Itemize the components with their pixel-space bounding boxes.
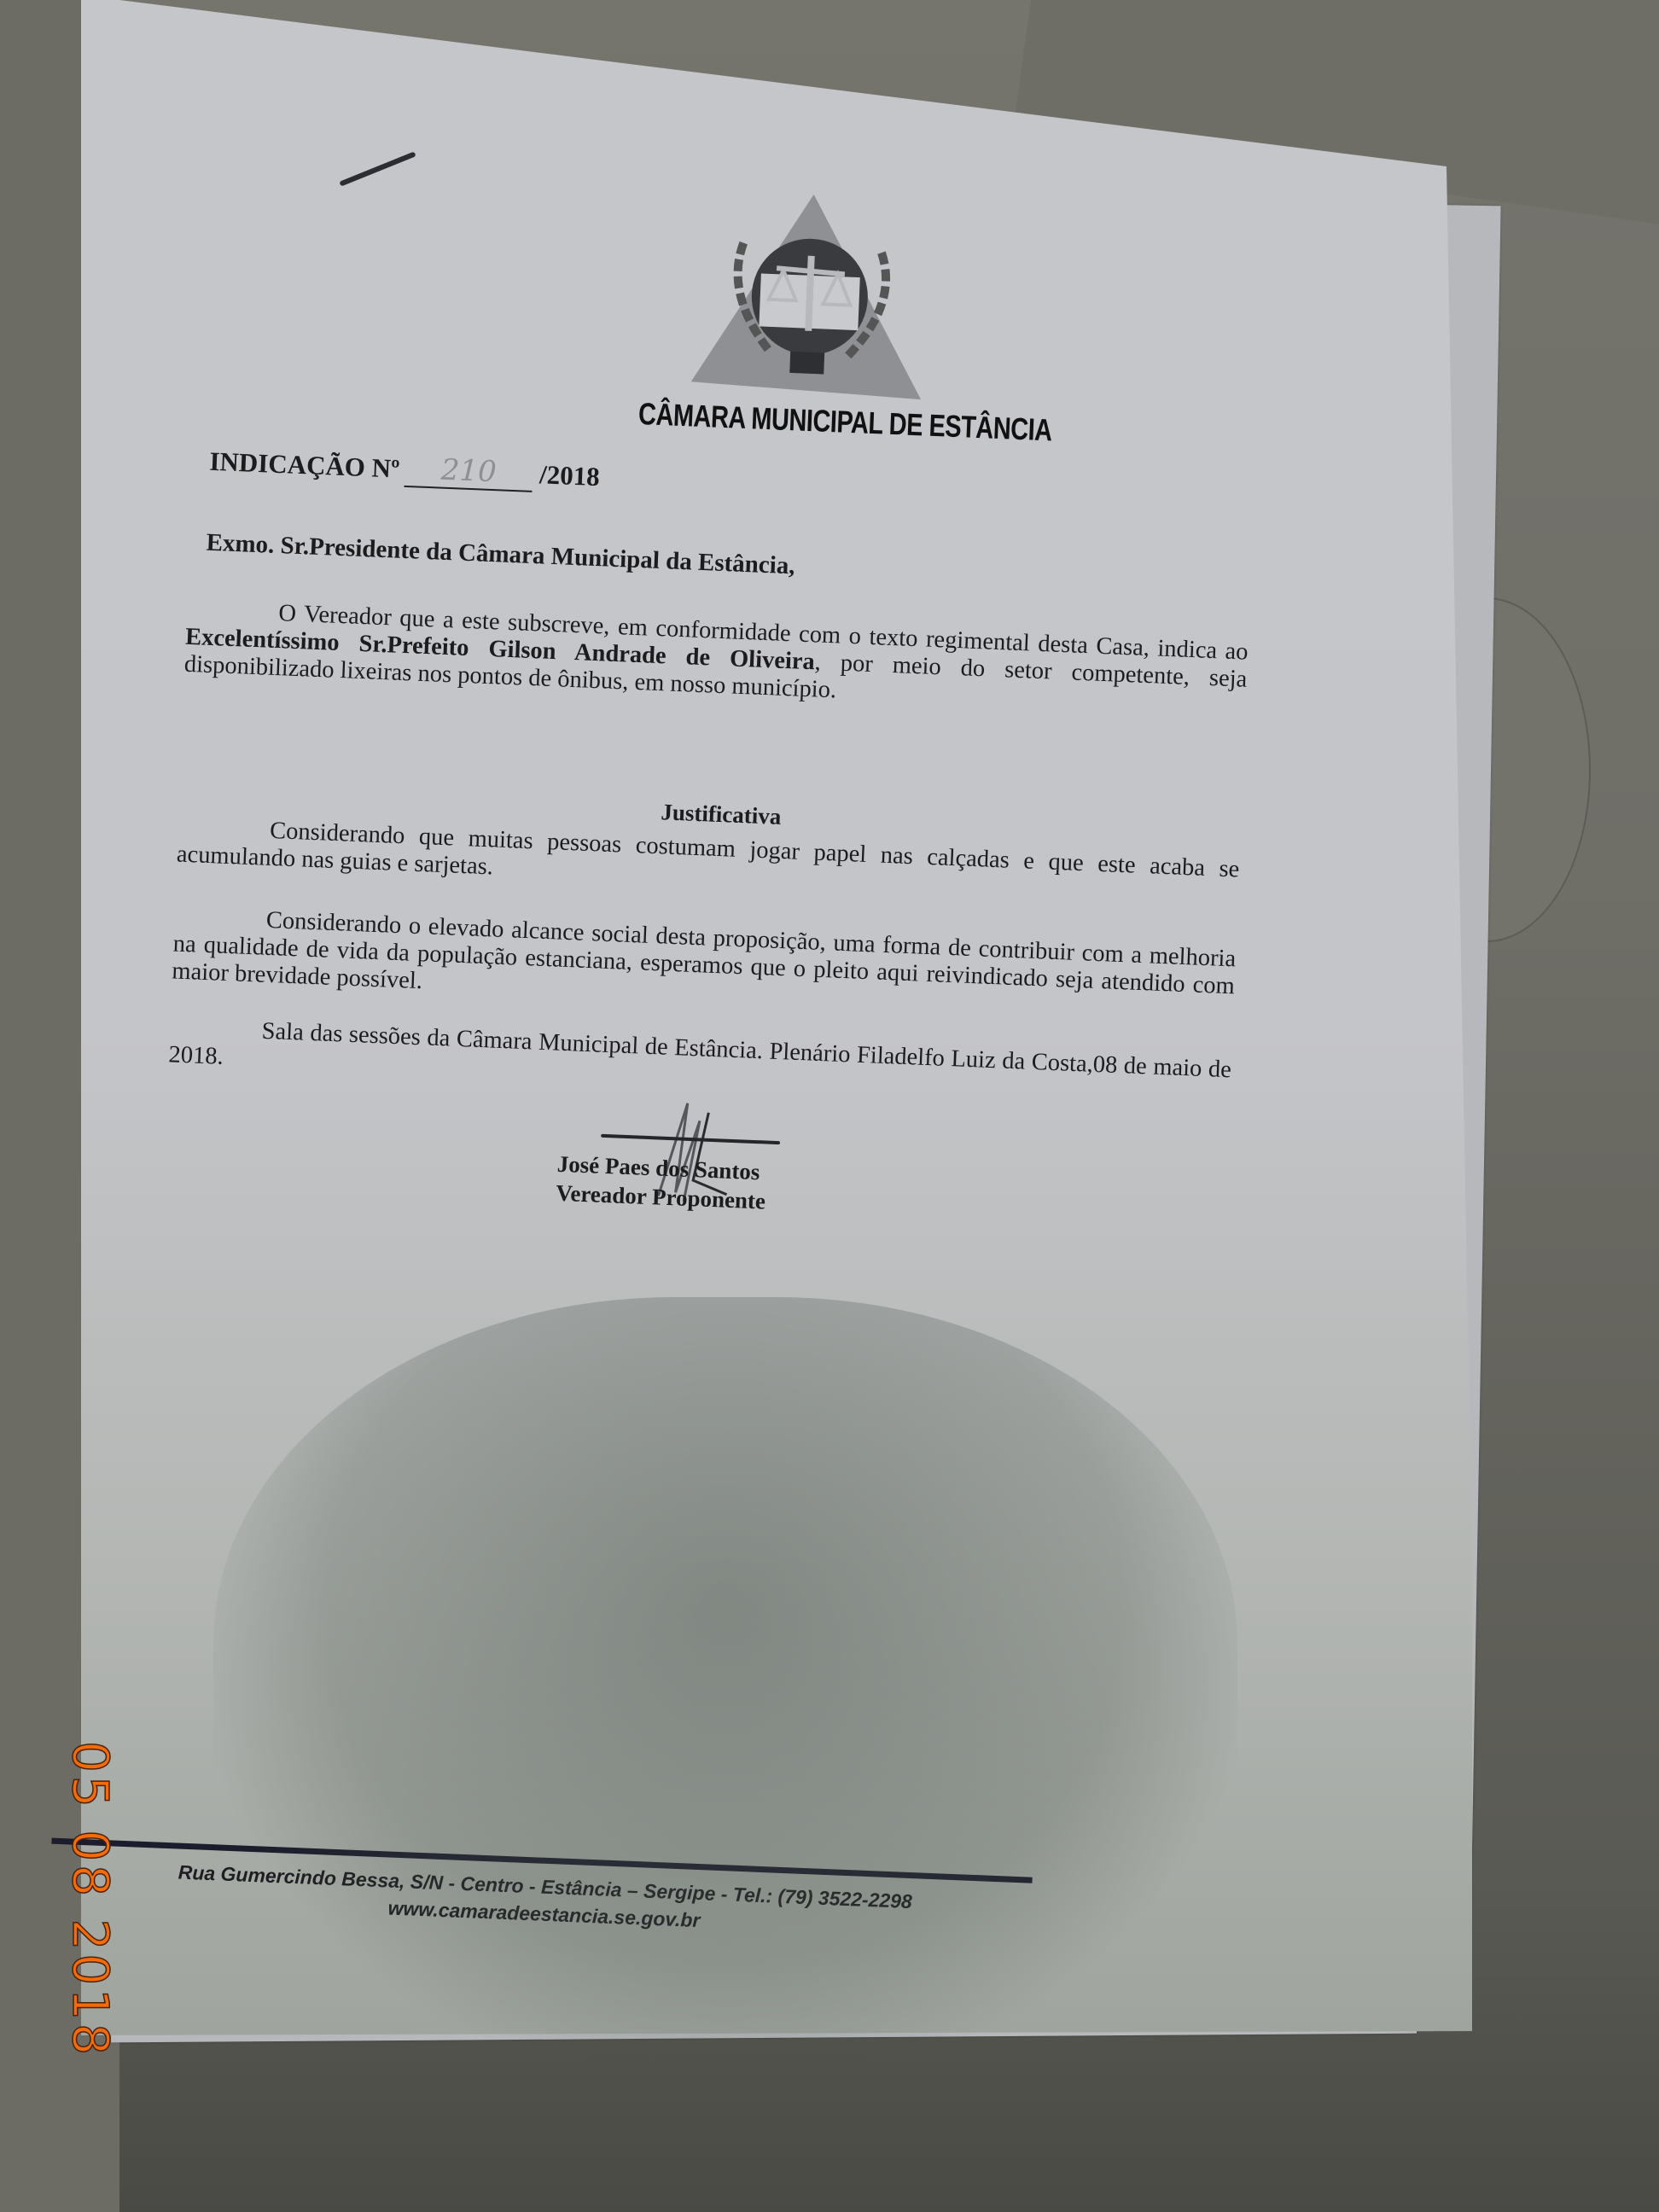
indication-number-line: INDICAÇÃO Nº210/2018 — [209, 444, 601, 495]
chamber-name-heading: CÂMARA MUNICIPAL DE ESTÂNCIA — [637, 398, 980, 446]
indication-year: /2018 — [538, 459, 600, 492]
indication-label: INDICAÇÃO Nº — [209, 446, 400, 484]
salutation: Exmo. Sr.Presidente da Câmara Municipal … — [206, 529, 795, 581]
indication-body-paragraph: O Vereador que a este subscreve, em conf… — [183, 597, 1249, 721]
signature-block: José Paes dos Santos Vereador Proponente — [556, 1150, 767, 1216]
justification-heading: Justificativa — [661, 799, 782, 830]
chamber-coat-of-arms-logo — [686, 189, 934, 412]
camera-datestamp: 05 08 2018 — [61, 1741, 119, 2058]
justification-paragraph: Considerando o elevado alcance social de… — [172, 903, 1237, 1027]
photographer-shadow — [213, 1297, 1237, 2065]
justification-paragraph: Considerando que muitas pessoas costumam… — [176, 814, 1240, 911]
indication-number-handwritten: 210 — [404, 451, 533, 492]
